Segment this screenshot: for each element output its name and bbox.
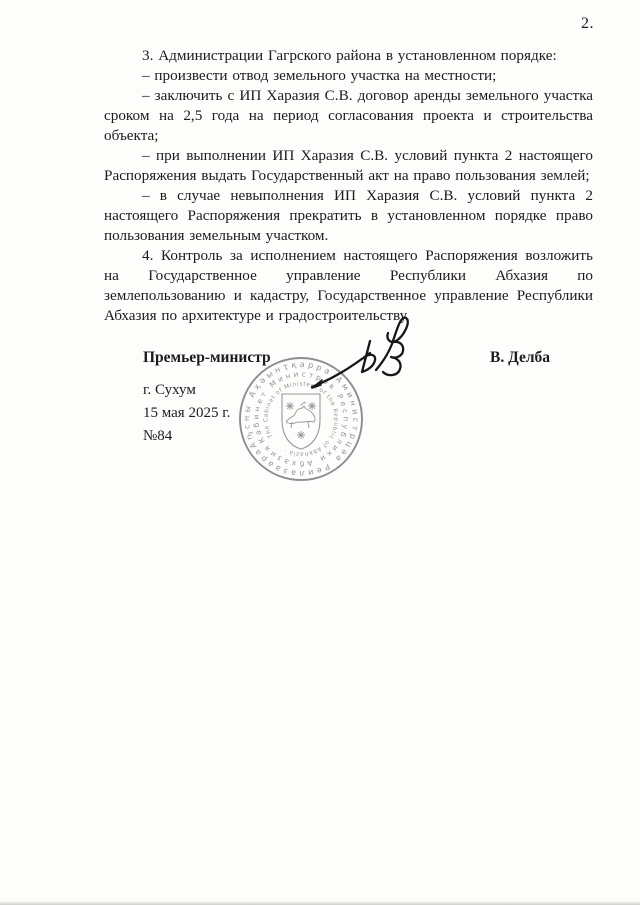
paragraph-dash-2: – заключить с ИП Харазия С.В. договор ар…: [104, 86, 593, 146]
paragraph-dash-3: – при выполнении ИП Харазия С.В. условий…: [104, 146, 593, 186]
document-body: 3. Администрации Гагрского района в уста…: [104, 46, 593, 326]
issue-date: 15 мая 2025 г.: [143, 405, 230, 422]
page-number: 2.: [581, 15, 594, 33]
shield-stars: [286, 402, 316, 439]
signer-name: В. Делба: [490, 349, 550, 367]
paragraph-dash-1: – произвести отвод земельного участка на…: [104, 66, 593, 86]
issue-city: г. Сухум: [143, 382, 196, 399]
document-number: №84: [143, 428, 172, 445]
stamp-coat-of-arms-shield: [282, 394, 320, 449]
scan-edge-shadow: [0, 901, 640, 905]
paragraph-dash-4: – в случае невыполнения ИП Харазия С.В. …: [104, 186, 593, 246]
scanned-document-page: 2. 3. Администрации Гагрского района в у…: [0, 0, 640, 905]
paragraph-item-3: 3. Администрации Гагрского района в уста…: [104, 46, 593, 66]
signature-strokes: [312, 318, 408, 388]
handwritten-signature: [298, 308, 416, 400]
